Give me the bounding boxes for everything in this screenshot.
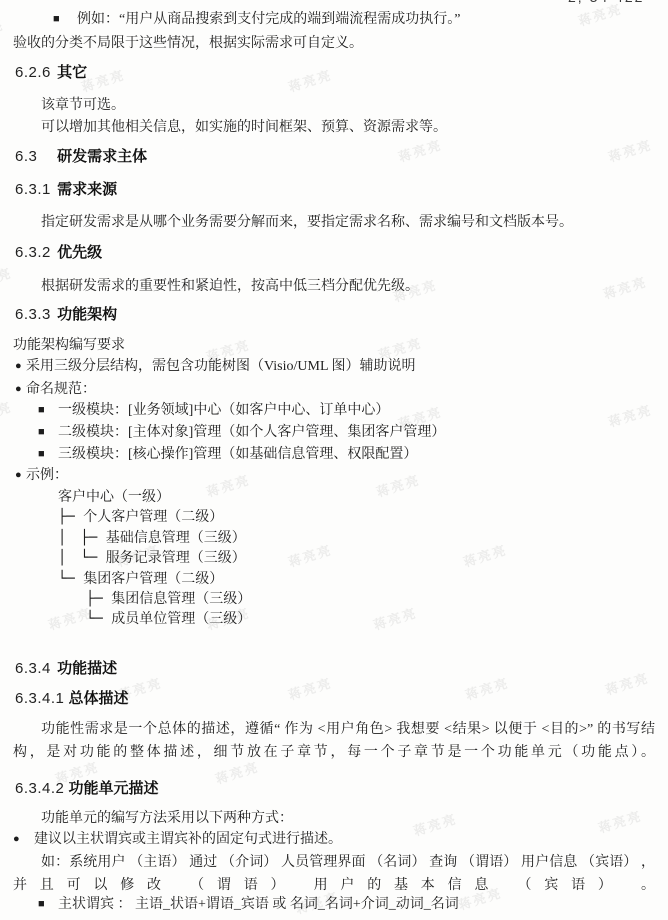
dot-bullet-icon: ● bbox=[13, 830, 34, 849]
heading-title: 功能单元描述 bbox=[69, 780, 159, 797]
list-item-text: 命名规范： bbox=[26, 380, 655, 399]
list-item-text: 例如：“用户从商品搜索到支付完成的端到端流程需成功执行。” bbox=[77, 10, 655, 29]
heading-title: 功能架构 bbox=[57, 306, 117, 323]
paragraph: 功能性需求是一个总体的描述，遵循“ 作为 <用户角色> 我想要 <结果> 以便于… bbox=[13, 719, 655, 787]
list-item: ■ 一级模块：[业务领域]中心（如客户中心、订单中心） bbox=[38, 401, 655, 420]
list-item-text: 二级模块：[主体对象]管理（如个人客户管理、集团客户管理） bbox=[58, 423, 655, 442]
section-heading-6-3-4-1: 6.3.4.1 总体描述 bbox=[15, 689, 655, 708]
heading-title: 优先级 bbox=[57, 244, 102, 261]
dot-bullet-icon: ● bbox=[15, 357, 26, 376]
watermark-text: 蒋亮亮 bbox=[0, 396, 14, 427]
heading-title: 功能描述 bbox=[57, 660, 117, 677]
list-item: ● 命名规范： bbox=[15, 380, 655, 399]
heading-number: 6.3.3 bbox=[15, 305, 53, 324]
section-heading-6-3: 6.3 研发需求主体 bbox=[15, 147, 655, 166]
list-item: ■ 二级模块：[主体对象]管理（如个人客户管理、集团客户管理） bbox=[38, 423, 655, 442]
square-bullet-icon: ■ bbox=[38, 895, 58, 914]
section-heading-6-3-2: 6.3.2 优先级 bbox=[15, 243, 655, 262]
section-heading-6-3-4-2: 6.3.4.2 功能单元描述 bbox=[15, 779, 655, 798]
watermark-text: 蒋亮亮 bbox=[0, 14, 6, 45]
list-item-example: ■ 例如：“用户从商品搜索到支付完成的端到端流程需成功执行。” bbox=[53, 10, 655, 29]
square-bullet-icon: ■ bbox=[38, 423, 58, 442]
heading-title: 总体描述 bbox=[69, 690, 129, 707]
square-bullet-icon: ■ bbox=[38, 401, 58, 420]
dot-bullet-icon: ● bbox=[15, 466, 26, 485]
section-heading-6-2-6: 6.2.6 其它 bbox=[15, 63, 655, 82]
dot-bullet-icon: ● bbox=[15, 380, 26, 399]
heading-title: 研发需求主体 bbox=[57, 148, 147, 165]
paragraph: 功能架构编写要求 bbox=[13, 336, 655, 355]
heading-number: 6.3.4.1 bbox=[15, 689, 64, 708]
list-item: ■ 主状谓宾 ： 主语_状语+谓语_宾语 或 名词_名词+介词_动词_名词 bbox=[38, 895, 655, 914]
list-item-text: 三级模块：[核心操作]管理（如基础信息管理、权限配置） bbox=[58, 445, 655, 464]
heading-title: 需求来源 bbox=[57, 181, 117, 198]
paragraph: 指定研发需求是从哪个业务需要分解而来，要指定需求名称、需求编号和文档版本号。 bbox=[13, 213, 655, 232]
list-item: ● 示例： bbox=[15, 466, 655, 485]
list-item-text: 示例： bbox=[26, 466, 655, 485]
heading-number: 6.3.1 bbox=[15, 180, 53, 199]
cropped-header-text-fragment: 2, 34 422 bbox=[568, 0, 658, 5]
heading-number: 6.3 bbox=[15, 147, 53, 166]
heading-number: 6.2.6 bbox=[15, 63, 53, 82]
paragraph: 该章节可选。 bbox=[13, 96, 655, 115]
document-page: 2, 34 422 蒋亮亮蒋亮亮蒋亮亮蒋亮亮蒋亮亮蒋亮亮蒋亮亮蒋亮亮蒋亮亮蒋亮亮… bbox=[0, 0, 668, 920]
section-heading-6-3-4: 6.3.4 功能描述 bbox=[15, 659, 655, 678]
paragraph: 功能单元的编写方法采用以下两种方式： bbox=[13, 809, 655, 828]
list-item: ● 建议以主状谓宾或主谓宾补的固定句式进行描述。 bbox=[13, 830, 655, 849]
heading-number: 6.3.4.2 bbox=[15, 779, 64, 798]
heading-number: 6.3.4 bbox=[15, 659, 53, 678]
paragraph: 验收的分类不局限于这些情况，根据实际需求可自定义。 bbox=[13, 34, 655, 53]
function-tree-diagram: 客户中心（一级） ├─ 个人客户管理（二级） │ ├─ 基础信息管理（三级） │… bbox=[58, 487, 655, 630]
square-bullet-icon: ■ bbox=[53, 10, 77, 29]
paragraph: 根据研发需求的重要性和紧迫性，按高中低三档分配优先级。 bbox=[13, 277, 655, 296]
heading-number: 6.3.2 bbox=[15, 243, 53, 262]
list-item-text: 采用三级分层结构，需包含功能树图（Visio/UML 图）辅助说明 bbox=[26, 357, 655, 376]
list-item: ● 采用三级分层结构，需包含功能树图（Visio/UML 图）辅助说明 bbox=[15, 357, 655, 376]
square-bullet-icon: ■ bbox=[38, 445, 58, 464]
list-item-text: 建议以主状谓宾或主谓宾补的固定句式进行描述。 bbox=[34, 830, 655, 849]
heading-title: 其它 bbox=[57, 64, 87, 81]
list-item: ■ 三级模块：[核心操作]管理（如基础信息管理、权限配置） bbox=[38, 445, 655, 464]
list-item-text: 一级模块：[业务领域]中心（如客户中心、订单中心） bbox=[58, 401, 655, 420]
list-item-text: 主状谓宾 ： 主语_状语+谓语_宾语 或 名词_名词+介词_动词_名词 bbox=[58, 895, 655, 914]
section-heading-6-3-3: 6.3.3 功能架构 bbox=[15, 305, 655, 324]
paragraph: 可以增加其他相关信息，如实施的时间框架、预算、资源需求等。 bbox=[13, 118, 655, 137]
section-heading-6-3-1: 6.3.1 需求来源 bbox=[15, 180, 655, 199]
cropped-header-text: 2, 34 422 bbox=[568, 0, 658, 5]
